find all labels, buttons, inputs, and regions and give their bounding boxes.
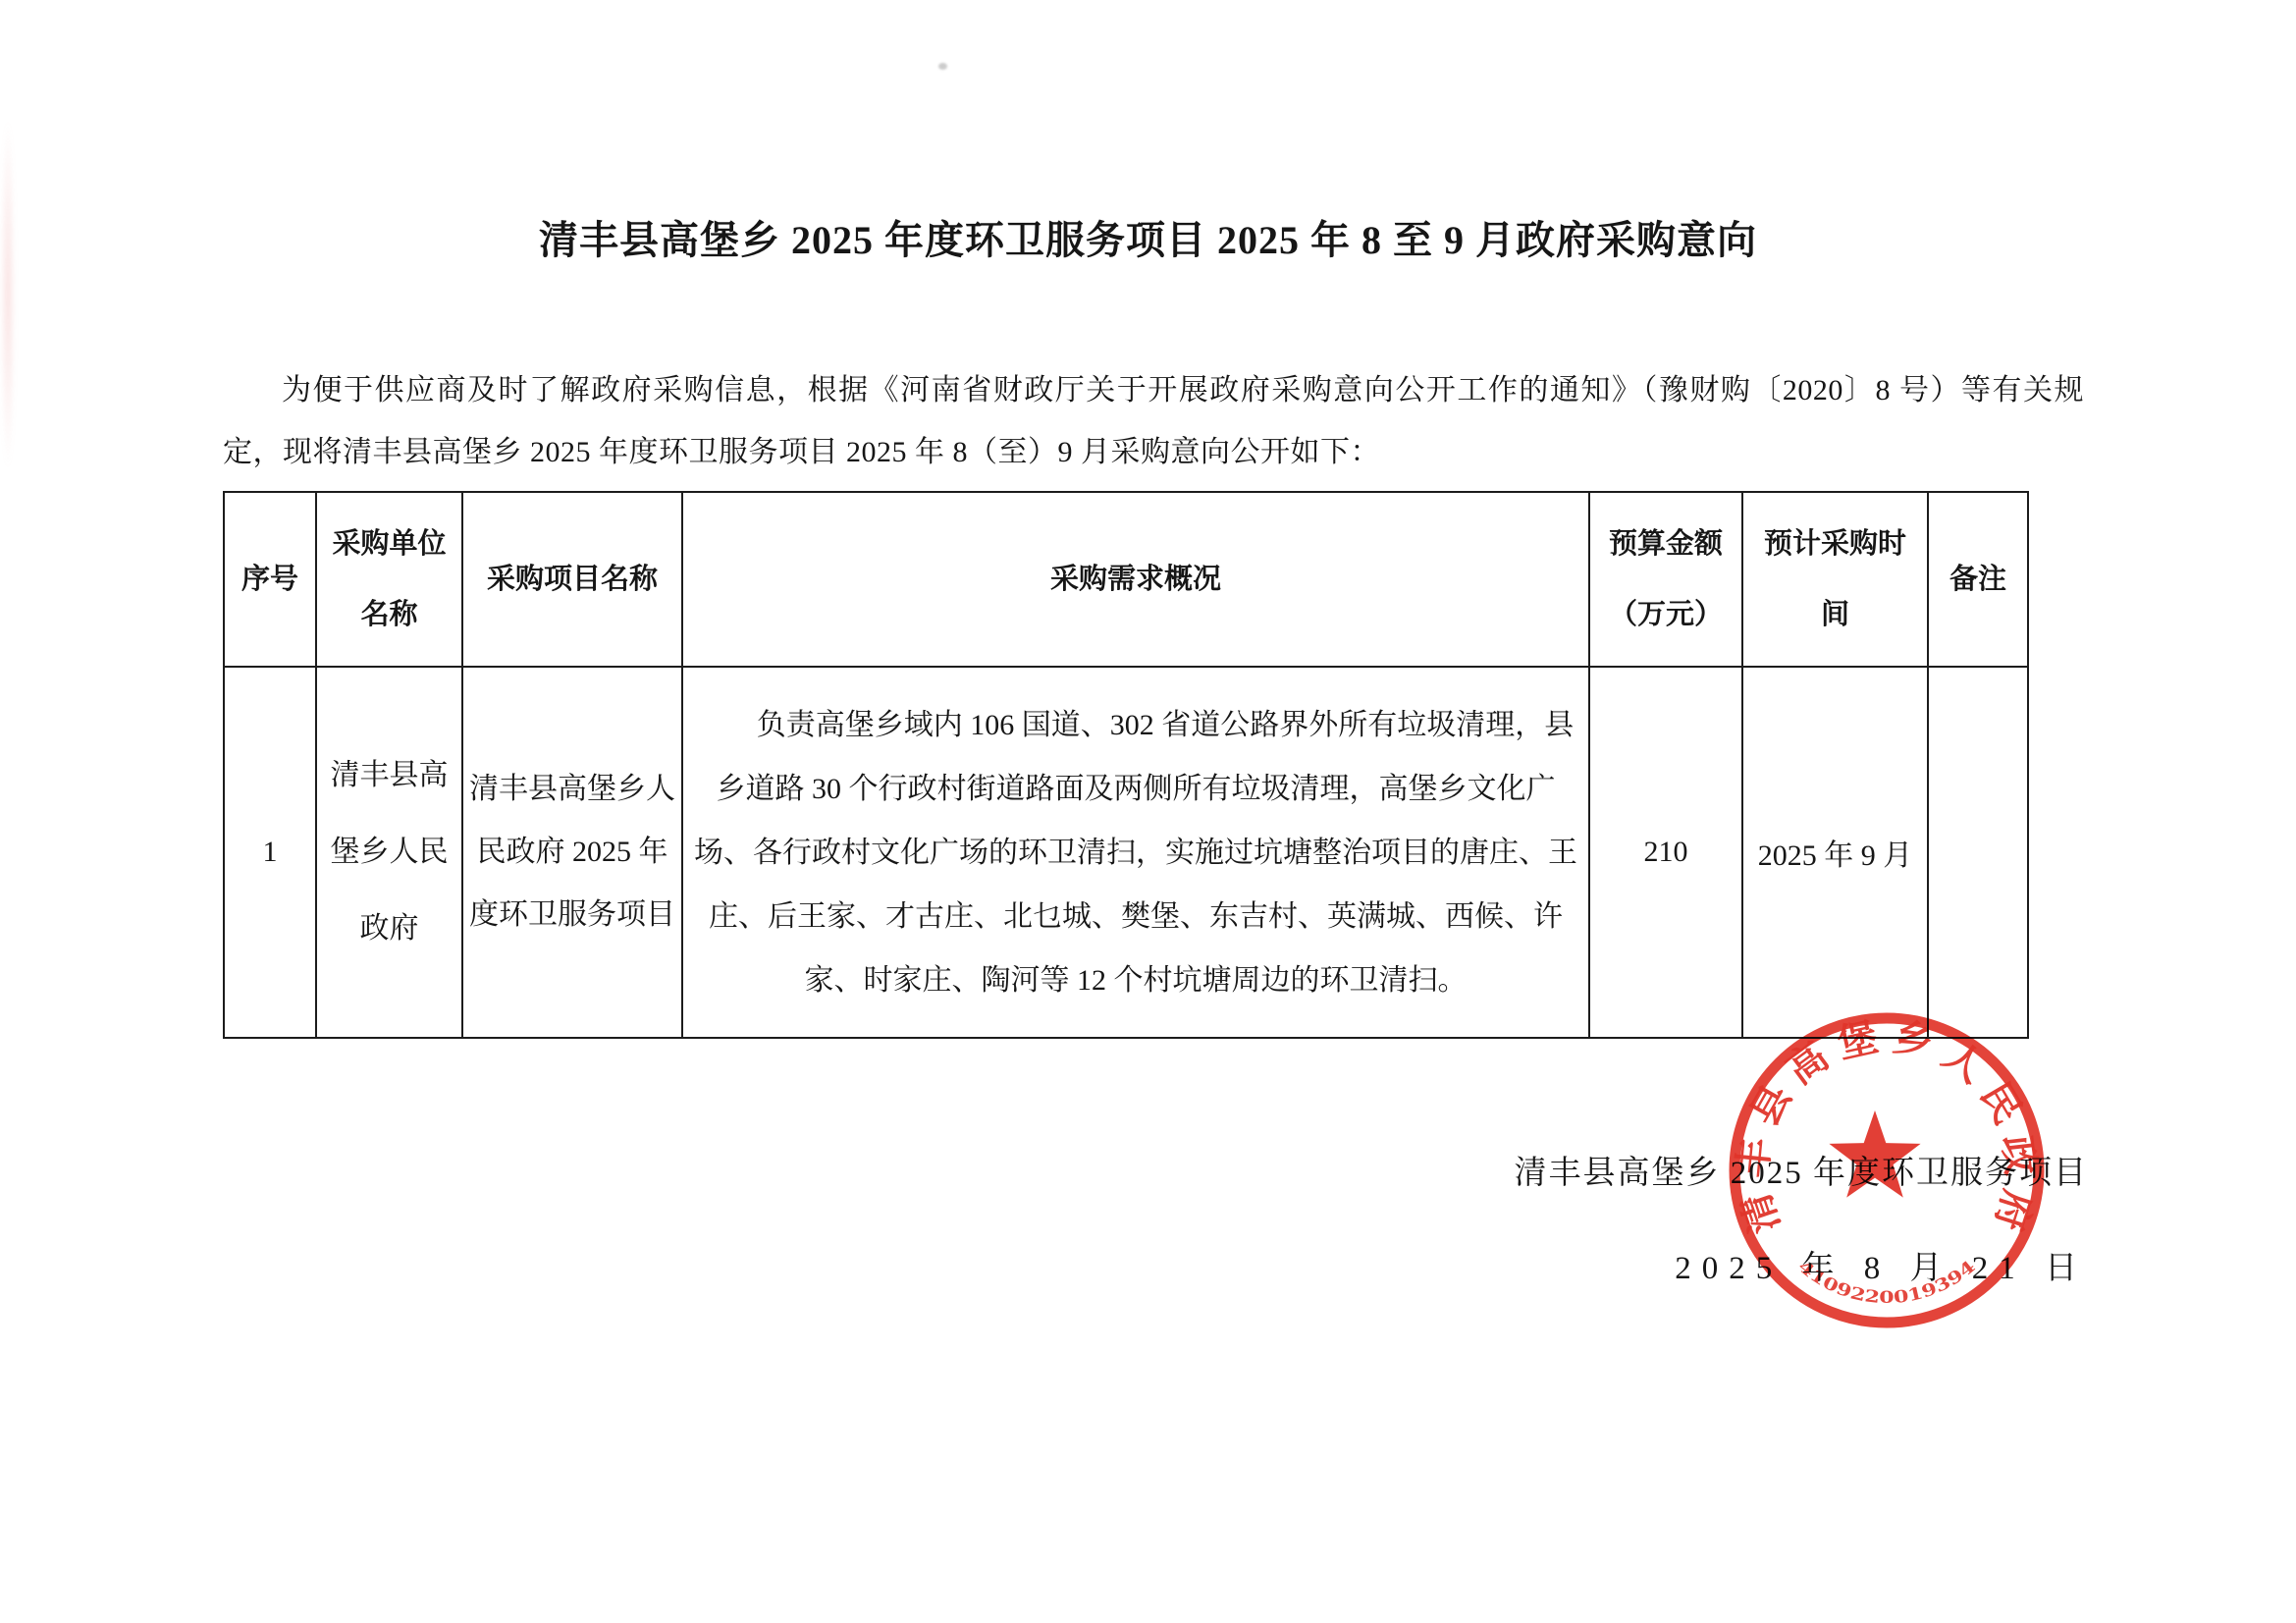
scan-dot	[938, 63, 947, 70]
header-seq: 序号	[224, 492, 316, 667]
header-org: 采购单位名称	[316, 492, 462, 667]
intro-paragraph: 为便于供应商及时了解政府采购信息，根据《河南省财政厅关于开展政府采购意向公开工作…	[223, 359, 2084, 483]
header-time: 预计采购时间	[1742, 492, 1928, 667]
signature-issuer: 清丰县高堡乡 2025 年度环卫服务项目	[1515, 1147, 2089, 1193]
table-row: 1 清丰县高堡乡人民政府 清丰县高堡乡人民政府 2025 年度环卫服务项目 负责…	[224, 667, 2028, 1038]
signature-block: 清丰县高堡乡 2025 年度环卫服务项目 2025 年 8 月 21 日	[1515, 1147, 2089, 1288]
cell-org: 清丰县高堡乡人民政府	[316, 667, 462, 1038]
cell-requirement: 负责高堡乡域内 106 国道、302 省道公路界外所有垃圾清理，县乡道路 30 …	[682, 667, 1589, 1038]
header-budget: 预算金额（万元）	[1589, 492, 1742, 667]
procurement-table: 序号 采购单位名称 采购项目名称 采购需求概况 预算金额（万元） 预计采购时间 …	[223, 491, 2029, 1039]
scan-smudge	[0, 118, 16, 471]
table-header-row: 序号 采购单位名称 采购项目名称 采购需求概况 预算金额（万元） 预计采购时间 …	[224, 492, 2028, 667]
cell-budget: 210	[1589, 667, 1742, 1038]
cell-project: 清丰县高堡乡人民政府 2025 年度环卫服务项目	[462, 667, 682, 1038]
page-title: 清丰县高堡乡 2025 年度环卫服务项目 2025 年 8 至 9 月政府采购意…	[0, 209, 2296, 265]
signature-date: 2025 年 8 月 21 日	[1515, 1242, 2089, 1288]
cell-remark	[1928, 667, 2028, 1038]
header-remark: 备注	[1928, 492, 2028, 667]
procurement-notice-page: { "page": { "title": "清丰县高堡乡 2025 年度环卫服务…	[0, 0, 2296, 1623]
header-project: 采购项目名称	[462, 492, 682, 667]
cell-seq: 1	[224, 667, 316, 1038]
cell-time: 2025 年 9 月	[1742, 667, 1928, 1038]
header-requirement: 采购需求概况	[682, 492, 1589, 667]
